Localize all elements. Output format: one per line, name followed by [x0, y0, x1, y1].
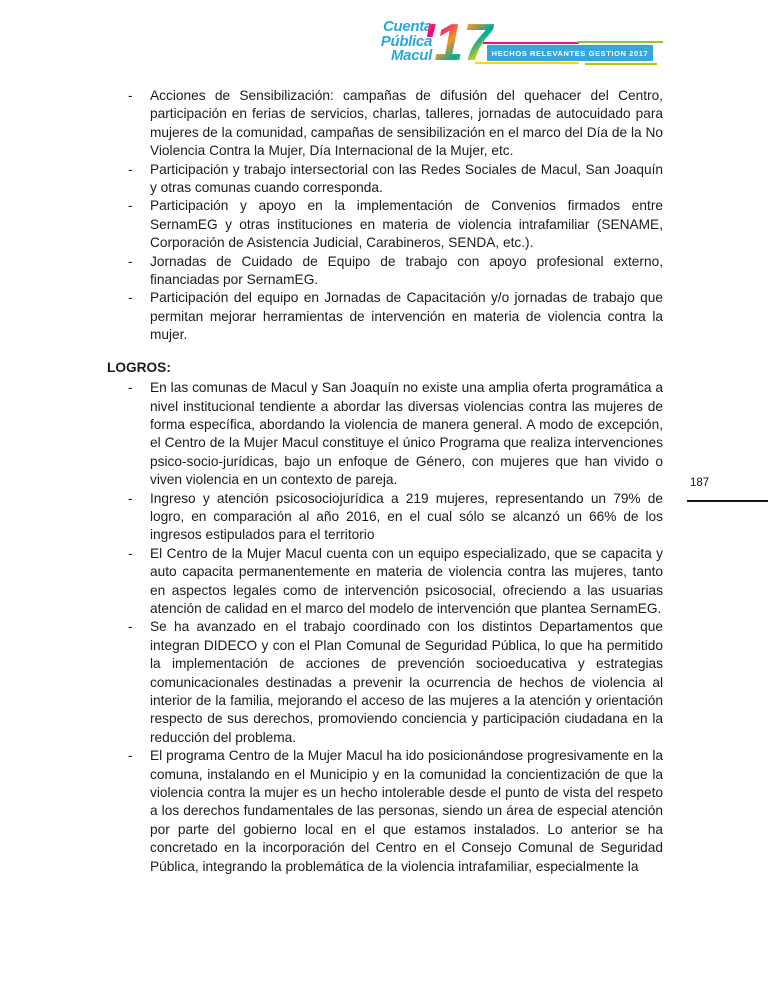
bullet-dash: - — [128, 289, 133, 307]
document-page: Cuenta Pública Macul '17 HEC — [0, 0, 768, 994]
bullet-dash: - — [128, 161, 133, 179]
cuenta-publica-macul-logo: Cuenta Pública Macul — [338, 20, 432, 64]
bullet-text: En las comunas de Macul y San Joaquín no… — [150, 380, 663, 487]
page-number: 187 — [690, 477, 709, 489]
bullet-item: -Se ha avanzado en el trabajo coordinado… — [107, 618, 663, 747]
bullet-text: Se ha avanzado en el trabajo coordinado … — [150, 619, 663, 744]
bullet-item: -Jornadas de Cuidado de Equipo de trabaj… — [107, 253, 663, 290]
bullet-dash: - — [128, 253, 133, 271]
page-number-rule — [687, 500, 768, 502]
bullet-text: Participación y trabajo intersectorial c… — [150, 162, 663, 195]
bullet-item: -Participación y apoyo en la implementac… — [107, 197, 663, 252]
bullet-item: -Participación y trabajo intersectorial … — [107, 161, 663, 198]
bullet-dash: - — [128, 197, 133, 215]
document-body: -Acciones de Sensibilización: campañas d… — [107, 87, 663, 876]
bullet-text: Jornadas de Cuidado de Equipo de trabajo… — [150, 254, 663, 287]
bullet-dash: - — [128, 545, 133, 563]
ribbon-stripe-magenta — [483, 42, 579, 44]
bullet-text: El Centro de la Mujer Macul cuenta con u… — [150, 546, 663, 616]
ribbon-stripe-olive — [585, 63, 657, 65]
intro-bullet-list: -Acciones de Sensibilización: campañas d… — [107, 87, 663, 345]
bullet-dash: - — [128, 490, 133, 508]
bullet-item: -Ingreso y atención psicosociojurídica a… — [107, 490, 663, 545]
bullet-item: -Acciones de Sensibilización: campañas d… — [107, 87, 663, 161]
bullet-dash: - — [128, 87, 133, 105]
year-17-mosaic-graphic: '17 — [422, 10, 500, 70]
bullet-text: Participación del equipo en Jornadas de … — [150, 290, 663, 342]
bullet-text: Participación y apoyo en la implementaci… — [150, 198, 663, 250]
logros-heading: LOGROS: — [107, 359, 663, 377]
logros-bullet-list: -En las comunas de Macul y San Joaquín n… — [107, 379, 663, 876]
bullet-text: El programa Centro de la Mujer Macul ha … — [150, 748, 663, 873]
bullet-item: -En las comunas de Macul y San Joaquín n… — [107, 379, 663, 489]
bullet-dash: - — [128, 618, 133, 636]
bullet-item: -El programa Centro de la Mujer Macul ha… — [107, 747, 663, 876]
logo-word-macul: Macul — [338, 49, 432, 64]
ribbon-stripe-green — [577, 41, 663, 43]
bullet-item: -Participación del equipo en Jornadas de… — [107, 289, 663, 344]
bullet-dash: - — [128, 379, 133, 397]
bullet-item: -El Centro de la Mujer Macul cuenta con … — [107, 545, 663, 619]
bullet-dash: - — [128, 747, 133, 765]
ribbon-stripe-yellow — [475, 62, 579, 64]
ribbon-banner: HECHOS RELEVANTES GESTION 2017 — [487, 45, 653, 61]
ribbon-label: HECHOS RELEVANTES GESTION 2017 — [487, 49, 653, 58]
bullet-text: Acciones de Sensibilización: campañas de… — [150, 88, 663, 158]
bullet-text: Ingreso y atención psicosociojurídica a … — [150, 491, 663, 543]
